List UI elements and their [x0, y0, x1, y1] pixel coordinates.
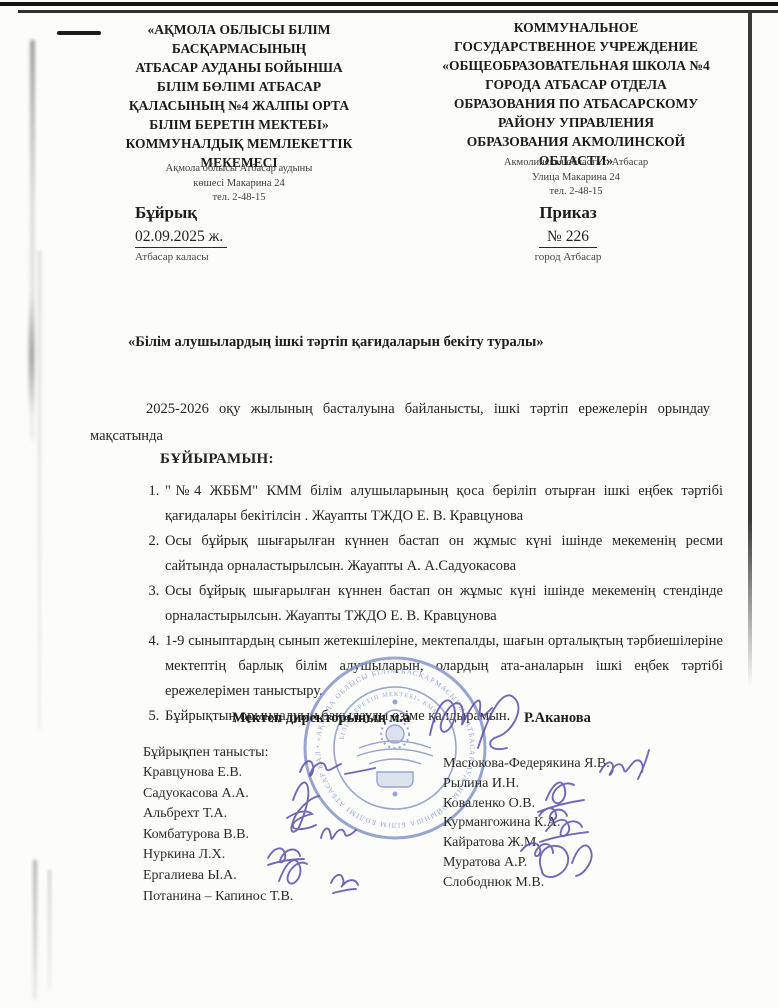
acknowledgment-name: Потанина – Капинос Т.В. [143, 889, 293, 910]
address-line: тел. 2-48-15 [404, 185, 748, 200]
order-title-kazakh: Бұйрық [135, 203, 227, 223]
acknowledgment-name: Курмангожина К.А. [443, 815, 610, 835]
acknowledgment-name: Комбатурова В.В. [143, 827, 293, 848]
order-title-russian: Приказ [468, 203, 668, 223]
org-name-line: ҚАЛАСЫНЫҢ №4 ЖАЛПЫ ОРТА [78, 96, 400, 115]
org-name-line: КОММУНАЛЬНОЕ [404, 18, 748, 37]
directive-item: Осы бұйрық шығарылған күннен бастап он ж… [163, 529, 723, 579]
acknowledgment-name: Муратова А.Р. [443, 855, 610, 875]
address-line: тел. 2-48-15 [78, 191, 400, 206]
org-name-line: ОБРАЗОВАНИЯ ПО АТБАСАРСКОМУ [404, 94, 748, 113]
org-name-line: ОБРАЗОВАНИЯ АКМОЛИНСКОЙ [404, 132, 748, 151]
address-line: Ақмола облысы Атбасар аудыны [78, 162, 400, 177]
org-name-line: АТБАСАР АУДАНЫ БОЙЫНША [78, 58, 400, 77]
org-name-line: БІЛІМ БЕРЕТІН МЕКТЕБІ» [78, 115, 400, 134]
address-line: Акмолинская область г. Атбасар [404, 156, 748, 171]
directive-item: Осы бұйрық шығарылған күннен бастап он ж… [163, 579, 723, 629]
acknowledgment-name: Кайратова Ж.М. [443, 835, 610, 855]
acknowledgment-name: Ергалиева Ы.А. [143, 868, 293, 889]
scanned-order-document: «АҚМОЛА ОБЛЫСЫ БІЛІМ БАСҚАРМАСЫНЫҢ АТБАС… [0, 0, 778, 1008]
acknowledgment-name: Слободнюк М.В. [443, 875, 610, 895]
order-place-kazakh: Атбасар каласы [135, 251, 227, 263]
org-name-line: ГОРОДА АТБАСАР ОТДЕЛА [404, 75, 748, 94]
resolution-word: БҰЙЫРАМЫН: [160, 451, 274, 468]
acknowledgment-names-left: Кравцунова Е.В. Садуокасова А.А. Альбрех… [143, 765, 293, 909]
org-name-russian: КОММУНАЛЬНОЕ ГОСУДАРСТВЕННОЕ УЧРЕЖДЕНИЕ … [404, 18, 748, 170]
acknowledgment-name: Коваленко О.В. [443, 796, 610, 816]
scan-smudge [33, 860, 37, 1000]
org-name-line: КОММУНАЛДЫҚ МЕМЛЕКЕТТІК [78, 134, 400, 153]
acknowledgment-label: Бұйрықпен танысты: [143, 745, 268, 761]
order-block-russian: Приказ № 226 город Атбасар [468, 203, 668, 263]
signature-stroke [331, 875, 358, 893]
org-address-kazakh: Ақмола облысы Атбасар аудыны көшесі Мака… [78, 162, 400, 206]
address-line: Улица Макарина 24 [404, 171, 748, 186]
acknowledgment-name: Кравцунова Е.В. [143, 765, 293, 786]
directive-item: "№4 ЖББМ" КММ білім алушыларының қоса бе… [163, 479, 723, 529]
director-title: Мектеп директорының м.а [232, 710, 410, 727]
director-name: Р.Аканова [524, 710, 591, 727]
acknowledgment-name: Нуркина Л.Х. [143, 847, 293, 868]
scan-smudge [48, 870, 51, 990]
order-subject: «Білім алушылардың ішкі тәртіп қағидалар… [128, 334, 544, 351]
org-name-kazakh: «АҚМОЛА ОБЛЫСЫ БІЛІМ БАСҚАРМАСЫНЫҢ АТБАС… [78, 20, 400, 172]
order-number: № 226 [539, 228, 597, 248]
org-name-line: РАЙОНУ УПРАВЛЕНИЯ [404, 113, 748, 132]
acknowledgment-names-right: Масюкова-Федерякина Я.В. Рылина И.Н. Ков… [443, 756, 610, 895]
org-name-line: ГОСУДАРСТВЕННОЕ УЧРЕЖДЕНИЕ [404, 37, 748, 56]
org-address-russian: Акмолинская область г. Атбасар Улица Мак… [404, 156, 748, 200]
org-name-line: БАСҚАРМАСЫНЫҢ [78, 39, 400, 58]
scan-smudge [38, 250, 41, 730]
order-block-kazakh: Бұйрық 02.09.2025 ж. Атбасар каласы [135, 203, 227, 263]
org-name-line: БІЛІМ БӨЛІМІ АТБАСАР [78, 77, 400, 96]
scan-edge-line-top [0, 2, 778, 6]
acknowledgment-name: Альбрехт Т.А. [143, 806, 293, 827]
acknowledgment-name: Рылина И.Н. [443, 776, 610, 796]
org-name-line: «ОБЩЕОБРАЗОВАТЕЛЬНАЯ ШКОЛА №4 [404, 56, 748, 75]
order-date: 02.09.2025 ж. [135, 228, 227, 248]
org-name-line: «АҚМОЛА ОБЛЫСЫ БІЛІМ [78, 20, 400, 39]
scan-smudge [27, 290, 36, 420]
address-line: көшесі Макарина 24 [78, 177, 400, 192]
scan-edge-line-top-2 [18, 10, 778, 13]
intro-paragraph: 2025-2026 оқу жылының басталуына байланы… [90, 396, 710, 450]
order-place-russian: город Атбасар [468, 251, 668, 263]
scan-edge-line-right [748, 12, 752, 688]
acknowledgment-name: Масюкова-Федерякина Я.В. [443, 756, 610, 776]
acknowledgment-name: Садуокасова А.А. [143, 786, 293, 807]
